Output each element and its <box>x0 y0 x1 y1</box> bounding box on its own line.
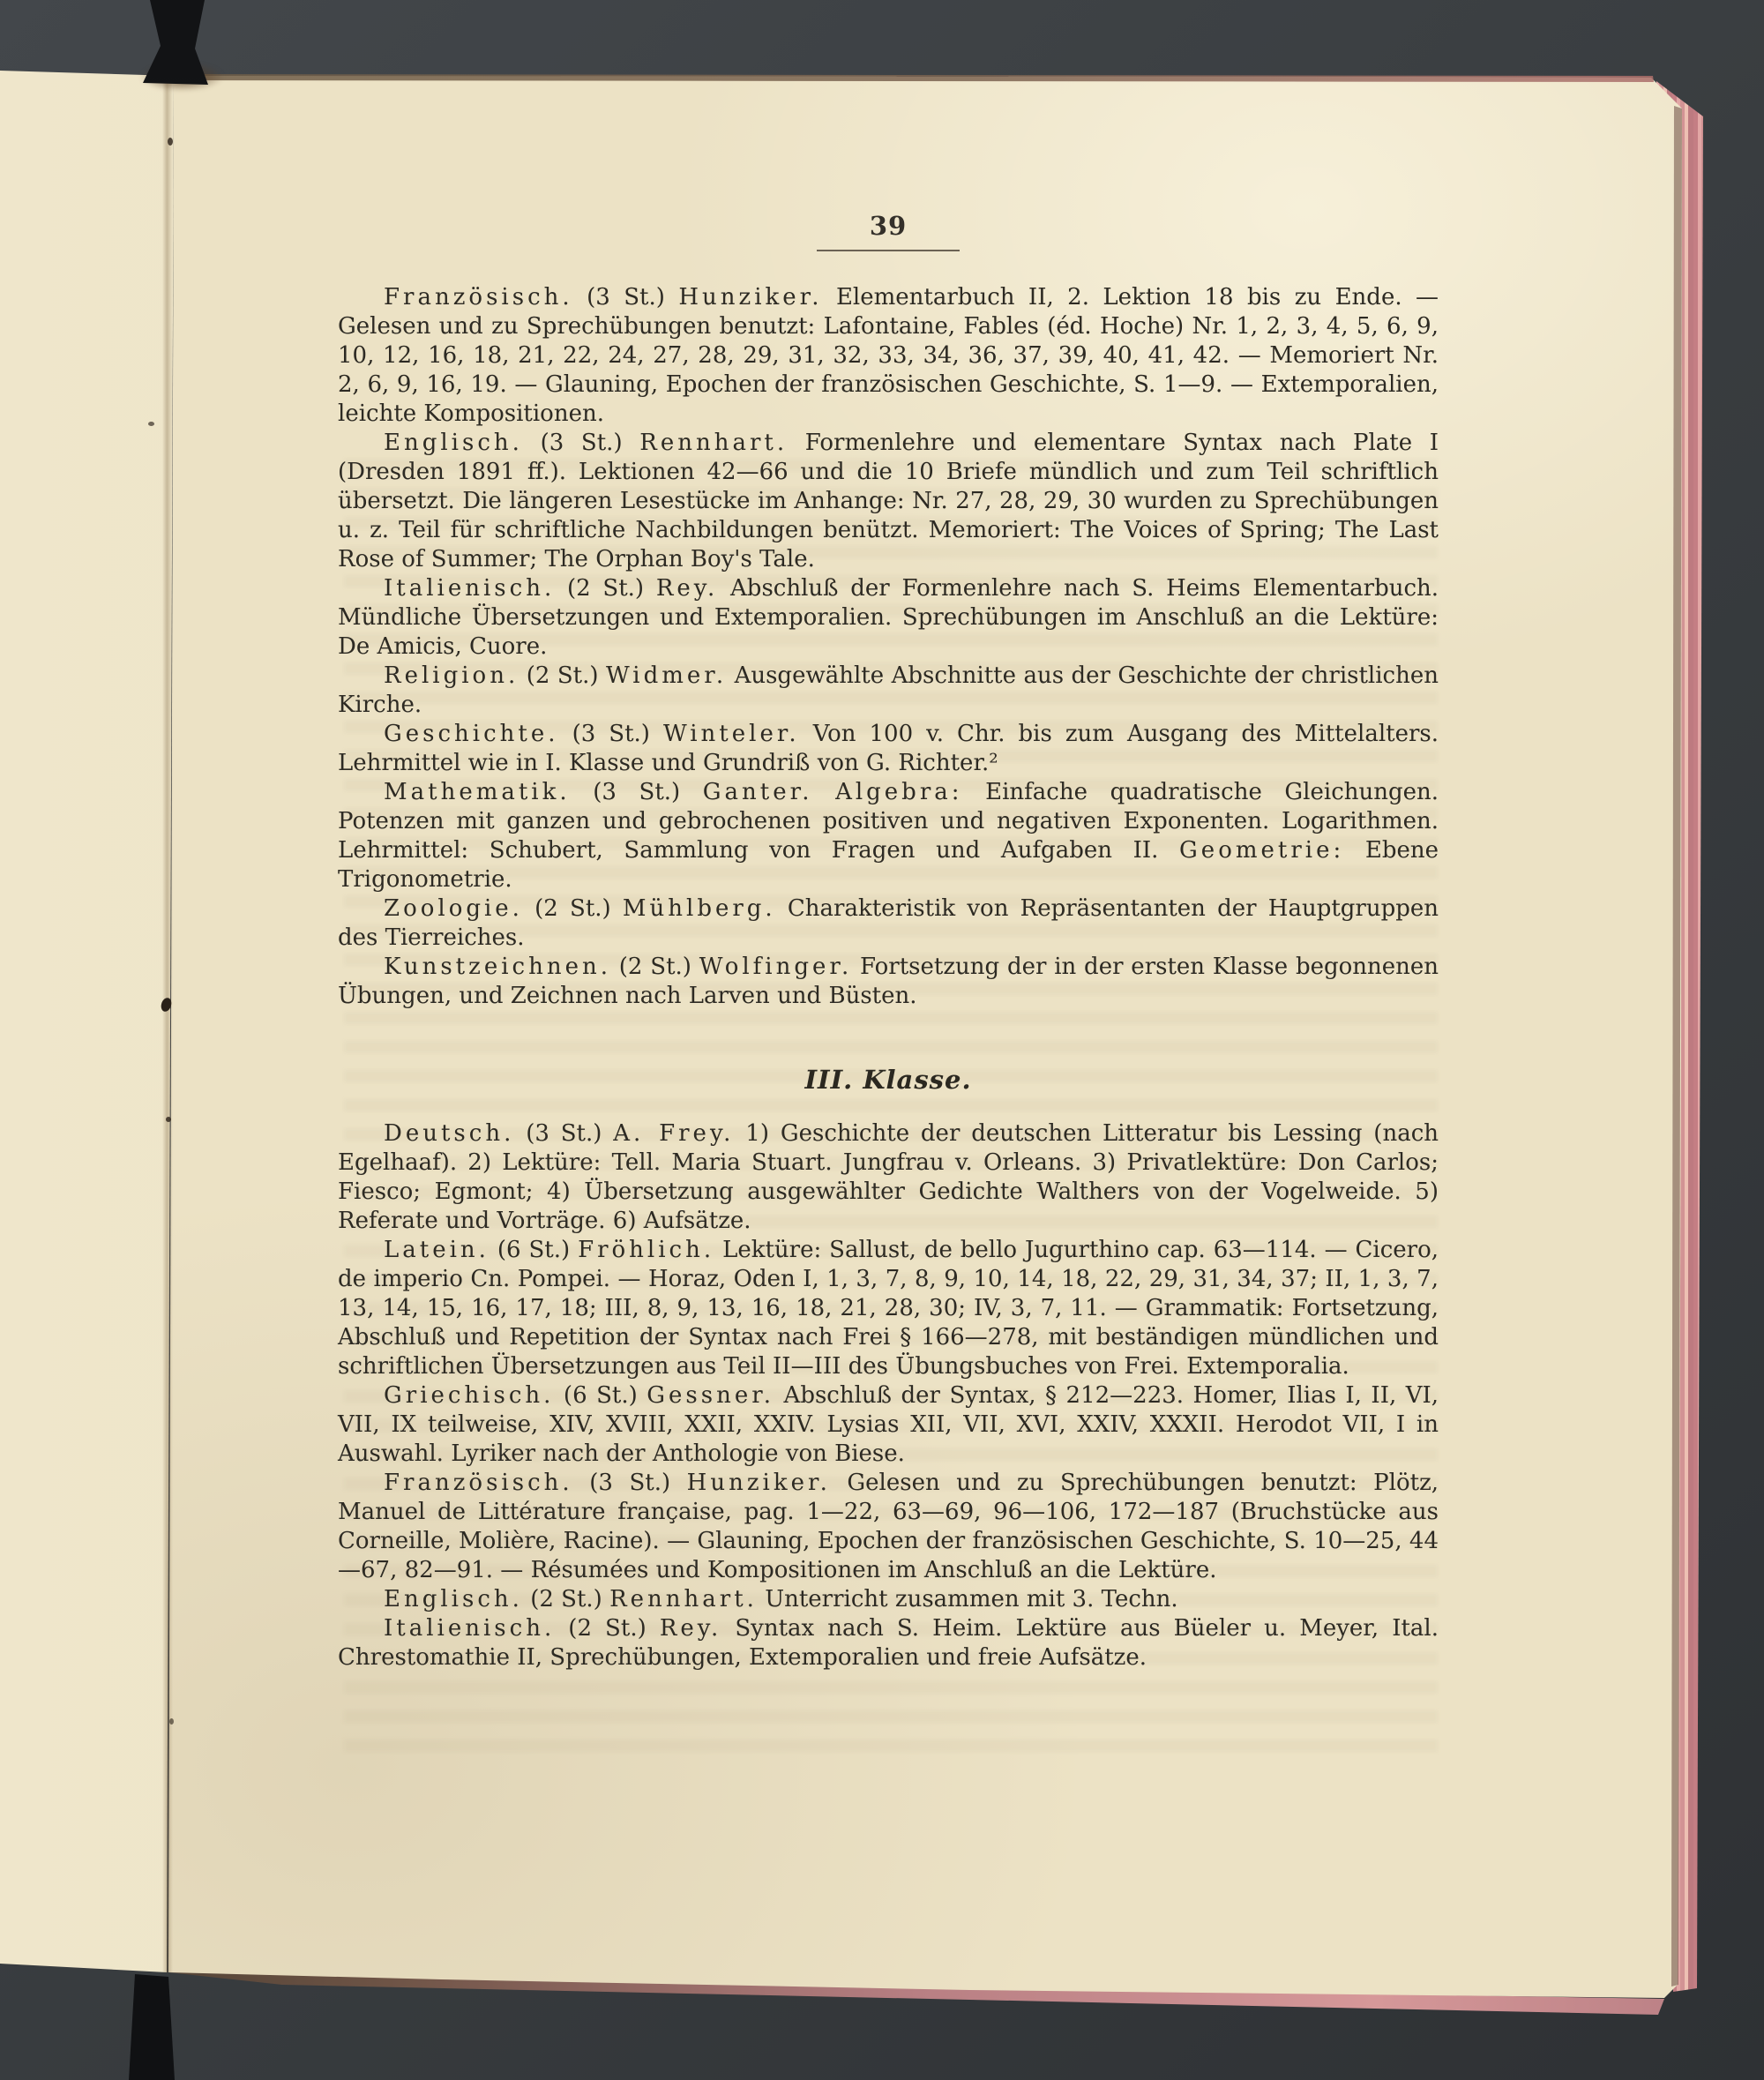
teacher-label: Fröhlich. <box>578 1237 714 1263</box>
hours-label: (2 St.) <box>530 1586 602 1612</box>
teacher-label: A. Frey. <box>613 1120 734 1147</box>
teacher-label: Rennhart. <box>639 430 788 456</box>
para-deutsch-iii: Deutsch. (3 St.) A. Frey. 1) Geschichte … <box>338 1119 1439 1236</box>
para-latein-iii: Latein. (6 St.) Fröhlich. Lektüre: Sallu… <box>338 1236 1439 1381</box>
ink-speck <box>148 422 154 426</box>
subject-label: Englisch. <box>384 430 523 456</box>
hours-label: (2 St.) <box>567 575 644 602</box>
para-religion: Religion. (2 St.) Widmer. Ausgewählte Ab… <box>338 662 1439 720</box>
algebra-label: Algebra: <box>835 779 962 805</box>
subject-label: Italienisch. <box>384 1615 555 1642</box>
para-italienisch-ii: Italienisch. (2 St.) Rey. Abschluß der F… <box>338 574 1439 662</box>
subject-label: Französisch. <box>384 284 573 311</box>
subject-label: Geschichte. <box>384 721 559 747</box>
teacher-label: Hunziker. <box>687 1470 831 1496</box>
teacher-label: Rennhart. <box>609 1586 758 1612</box>
page-number-rule <box>817 250 960 251</box>
section-heading-klasse-3: III. Klasse. <box>338 1066 1439 1095</box>
hours-label: (2 St.) <box>534 895 611 922</box>
hours-label: (3 St.) <box>589 1470 670 1496</box>
page-number-wrap: 39 <box>338 212 1439 251</box>
page-number: 39 <box>870 212 907 241</box>
teacher-label: Widmer. <box>606 662 727 689</box>
teacher-label: Rey. <box>660 1615 721 1642</box>
subject-label: Mathematik. <box>384 779 571 805</box>
hours-label: (6 St.) <box>564 1382 638 1409</box>
paragraph-body: Unterricht zusammen mit 3. Techn. <box>765 1586 1177 1612</box>
hours-label: (2 St.) <box>619 954 691 980</box>
teacher-label: Mühlberg. <box>623 895 776 922</box>
section-klasse-3: Deutsch. (3 St.) A. Frey. 1) Geschichte … <box>338 1119 1439 1672</box>
teacher-label: Rey. <box>656 575 718 602</box>
section-klasse-2-continued: Französisch. (3 St.) Hunziker. Elementar… <box>338 283 1439 1011</box>
teacher-label: Wolfinger. <box>699 954 852 980</box>
subject-label: Deutsch. <box>384 1120 514 1147</box>
teacher-label: Ganter. <box>703 779 813 805</box>
subject-label: Italienisch. <box>384 575 555 602</box>
hours-label: (6 St.) <box>497 1237 570 1263</box>
hours-label: (3 St.) <box>526 1120 602 1147</box>
para-franzoesisch-ii: Französisch. (3 St.) Hunziker. Elementar… <box>338 283 1439 429</box>
hours-label: (3 St.) <box>593 779 680 805</box>
subject-label: Kunstzeichnen. <box>384 954 611 980</box>
subject-label: Latein. <box>384 1237 490 1263</box>
teacher-label: Hunziker. <box>678 284 822 311</box>
hours-label: (3 St.) <box>587 284 665 311</box>
para-geschichte: Geschichte. (3 St.) Winteler. Von 100 v.… <box>338 720 1439 778</box>
para-franzoesisch-iii: Französisch. (3 St.) Hunziker. Gelesen u… <box>338 1469 1439 1585</box>
subject-label: Griechisch. <box>384 1382 554 1409</box>
hours-label: (3 St.) <box>541 430 623 456</box>
scanned-book-photo: 39 Französisch. (3 St.) Hunziker. Elemen… <box>0 0 1764 2080</box>
teacher-label: Gessner. <box>647 1382 774 1409</box>
para-englisch-ii: Englisch. (3 St.) Rennhart. Formenlehre … <box>338 429 1439 574</box>
printed-text-block: 39 Französisch. (3 St.) Hunziker. Elemen… <box>338 212 1439 1672</box>
para-mathematik: Mathematik. (3 St.) Ganter. Algebra: Ein… <box>338 778 1439 894</box>
subject-label: Französisch. <box>384 1470 573 1496</box>
subject-label: Englisch. <box>384 1586 523 1612</box>
para-zoologie: Zoologie. (2 St.) Mühlberg. Charakterist… <box>338 894 1439 953</box>
ink-speck <box>168 138 173 146</box>
geometrie-label: Geometrie: <box>1179 837 1344 864</box>
subject-label: Zoologie. <box>384 895 523 922</box>
para-griechisch-iii: Griechisch. (6 St.) Gessner. Abschluß de… <box>338 1381 1439 1469</box>
para-italienisch-iii: Italienisch. (2 St.) Rey. Syntax nach S.… <box>338 1614 1439 1672</box>
teacher-label: Winteler. <box>663 721 800 747</box>
ink-speck <box>169 1718 174 1725</box>
subject-label: Religion. <box>384 662 519 689</box>
para-kunstzeichnen: Kunstzeichnen. (2 St.) Wolfinger. Fortse… <box>338 953 1439 1011</box>
hours-label: (2 St.) <box>527 662 599 689</box>
hours-label: (2 St.) <box>568 1615 646 1642</box>
ink-speck <box>166 1117 171 1122</box>
page-gutter-crease <box>162 76 173 1972</box>
para-englisch-iii: Englisch. (2 St.) Rennhart. Unterricht z… <box>338 1585 1439 1614</box>
hours-label: (3 St.) <box>572 721 650 747</box>
